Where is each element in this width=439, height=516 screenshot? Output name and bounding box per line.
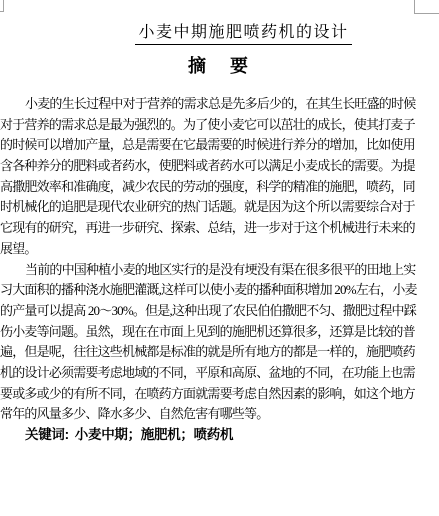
paragraph-line: 遍，但是呢，往往这些机械都是标准的就是所有地方的都是一样的，施肥喷药 (0, 342, 420, 363)
paragraph-line: 习大面积的播种浇水施肥灌溉,这样可以使小麦的播种面积增加 20%左右，小麦 (0, 280, 420, 301)
abstract-heading: 摘 要 (188, 56, 251, 76)
document-page: 小麦中期施肥喷药机的设计 摘 要 小麦的生长过程中对于营养的需求总是先多后少的，… (0, 0, 439, 516)
paragraph-line: 的产量可以提高 20～30%。但是,这种出现了农民伯伯撒肥不匀、撒肥过程中踩 (0, 301, 420, 322)
paragraph-line: 展望。 (0, 239, 420, 260)
title-row: 小麦中期施肥喷药机的设计 (0, 19, 439, 45)
paragraph-line: 时机械化的追肥是现代农业研究的热门话题。就是因为这个所以需要综合对于 (0, 197, 420, 218)
paragraph-line: 高撒肥效率和准确度，减少农民的劳动的强度，科学的精准的施肥，喷药，同 (0, 177, 420, 198)
paragraph-line: 它现有的研究，再进一步研究、探索、总结，进一步对于这个机械进行未来的 (0, 218, 420, 239)
text-boundary-mark-right (414, 0, 415, 13)
abstract-body: 小麦的生长过程中对于营养的需求总是先多后少的，在其生长旺盛的时候 对于营养的需求… (0, 94, 420, 446)
text-boundary-mark-left (0, 11, 4, 12)
heading-row: 摘 要 (0, 52, 439, 78)
paragraph-line: 机的设计必须需要考虑地域的不同，平原和高原、盆地的不同，在功能上也需 (0, 363, 420, 384)
keywords-text: 小麦中期；施肥机；喷药机 (75, 427, 233, 442)
paragraph-line: 要或多或少的有所不同，在喷药方面就需要考虑自然因素的影响，如这个地方 (0, 384, 420, 405)
paragraph-line: 小麦的生长过程中对于营养的需求总是先多后少的，在其生长旺盛的时候 (0, 94, 420, 115)
document-title: 小麦中期施肥喷药机的设计 (135, 19, 351, 45)
paragraph-line: 当前的中国种植小麦的地区实行的是没有埂没有渠在很多很平的田地上实 (0, 260, 420, 281)
paragraph-line: 常年的风量多少、降水多少、自然危害有哪些等。 (0, 404, 420, 425)
keywords-line: 关键词:小麦中期；施肥机；喷药机 (0, 425, 420, 446)
paragraph-line: 伤小麦等问题。虽然，现在在市面上见到的施肥机还算很多，还算是比较的普 (0, 322, 420, 343)
paragraph-line: 含各种养分的肥料或者药水，使肥料或者药水可以满足小麦成长的需要。为提 (0, 156, 420, 177)
text-boundary-mark-left (3, 0, 4, 11)
text-boundary-mark-right (414, 13, 439, 14)
keywords-label: 关键词: (25, 427, 69, 442)
paragraph-line: 的时候可以增加产量，总是需要在它最需要的时候进行养分的增加，比如使用 (0, 135, 420, 156)
paragraph-line: 对于营养的需求总是最为强烈的。为了使小麦它可以茁壮的成长，使其打麦子 (0, 115, 420, 136)
